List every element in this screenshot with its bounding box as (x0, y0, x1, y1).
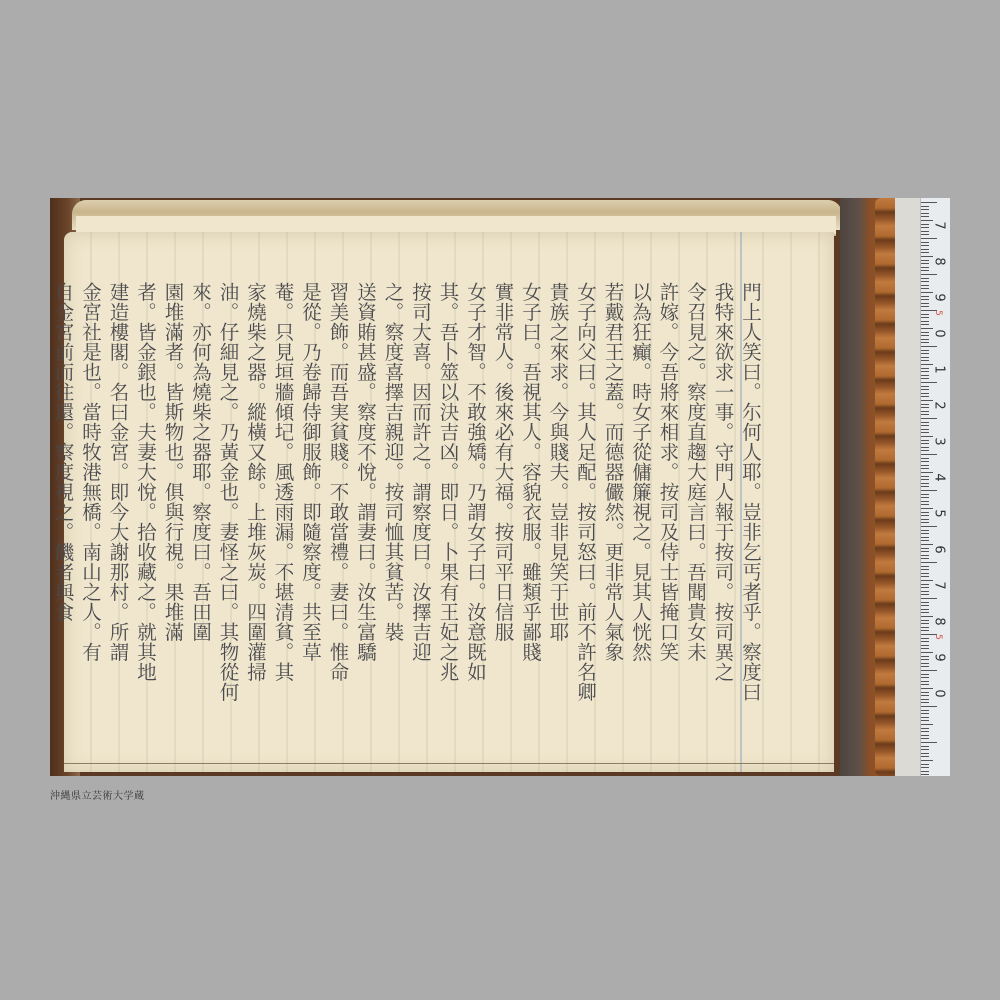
ruler-tick (921, 213, 929, 214)
text-column: 送資賄甚盛。察度不悅。謂妻曰。汝生富驕 (352, 282, 380, 762)
ruler-tick (921, 450, 929, 451)
ruler-tick (921, 486, 929, 487)
ruler-tick (921, 530, 929, 531)
ruler-tick (921, 735, 929, 736)
ruler-tick (921, 540, 929, 541)
background-strip (895, 198, 920, 776)
ruler-tick (921, 677, 929, 678)
ruler-tick (921, 317, 929, 318)
ruler-tick (921, 332, 929, 333)
ruler-tick (921, 731, 929, 732)
ruler-tick (921, 674, 929, 675)
ruler-tick (921, 393, 929, 394)
ruler-tick (921, 522, 929, 523)
ruler-label: 8 (932, 257, 947, 265)
ruler-label: 9 (932, 293, 947, 301)
ruler-tick (921, 278, 929, 279)
ruler-tick (921, 641, 929, 642)
text-column: 門上人笑曰。尓何人耶。豈非乞丐者乎。察度曰 (737, 282, 765, 762)
ruler-tick (921, 350, 929, 351)
text-column: 習美飾。而吾実貧賤。不敢當禮。妻曰。惟命 (324, 282, 352, 762)
ruler-tick (921, 774, 929, 775)
ruler-tick (921, 285, 929, 286)
ruler-tick (921, 756, 929, 757)
ruler-tick (921, 710, 929, 711)
ruler-tick (921, 263, 929, 264)
ruler-tick (921, 267, 929, 268)
text-column: 女子才智。不敢強矯。乃謂女子曰。汝意既如 (462, 282, 490, 762)
ruler-tick (921, 252, 929, 253)
text-column: 來。亦何為燒柴之器耶。察度曰。吾田圍 (187, 282, 215, 762)
manuscript-page: 門上人笑曰。尓何人耶。豈非乞丐者乎。察度曰 我特來欲求一事。守門人報于按司。按司… (64, 232, 834, 772)
ruler-tick (921, 699, 929, 700)
ruler-tick (921, 681, 929, 682)
ruler-tick (921, 713, 929, 714)
ruler-label: 5 (932, 509, 947, 517)
text-column: 其。吾卜筮以決吉凶。即日。卜果有王妃之兆 (434, 282, 462, 762)
ruler-tick (921, 378, 929, 379)
ruler-tick (921, 548, 929, 549)
ruler-tick (921, 353, 929, 354)
ruler-tick (921, 288, 929, 289)
ruler-label: 0 (932, 329, 947, 337)
ruler-tick (921, 454, 937, 455)
ruler-tick (921, 468, 929, 469)
ruler-tick (921, 602, 929, 603)
ruler-tick (921, 760, 933, 761)
ruler-tick (921, 465, 929, 466)
ruler-tick (921, 242, 929, 243)
manuscript-photo: 門上人笑曰。尓何人耶。豈非乞丐者乎。察度曰 我特來欲求一事。守門人報于按司。按司… (50, 198, 950, 776)
ruler-tick (921, 501, 929, 502)
handwritten-text: 門上人笑曰。尓何人耶。豈非乞丐者乎。察度曰 我特來欲求一事。守門人報于按司。按司… (50, 282, 764, 762)
ruler-label: 2 (932, 401, 947, 409)
ruler-tick (921, 630, 929, 631)
ruler-tick (921, 609, 929, 610)
ruler-tick (921, 490, 937, 491)
ruler-tick (921, 587, 929, 588)
ruler-tick (921, 404, 929, 405)
ruler-tick (921, 720, 929, 721)
ruler-tick (921, 368, 929, 369)
ruler-tick (921, 504, 929, 505)
ruler-tick (921, 429, 929, 430)
ruler-tick (921, 270, 929, 271)
ruler-tick (921, 573, 929, 574)
ruler-tick (921, 443, 929, 444)
ruler-tick (921, 706, 937, 707)
ruler-tick (921, 494, 929, 495)
ruler-tick (921, 612, 929, 613)
ruler-tick (921, 371, 929, 372)
text-column: 自金宮前而往還。察度視之。饑者與食 (50, 282, 77, 762)
text-column: 實非常人。後來必有大福。按司平日信服 (489, 282, 517, 762)
ruler-tick (921, 566, 929, 567)
ruler-tick (921, 245, 929, 246)
collection-caption: 沖縄県立芸術大学蔵 (50, 787, 145, 802)
ruler-tick (921, 407, 929, 408)
ruler-tick (921, 749, 929, 750)
ruler-tick (921, 342, 929, 343)
ruler-tick (921, 738, 929, 739)
ruler-tick (921, 432, 929, 433)
ruler-tick (921, 551, 929, 552)
text-column: 貴族之來求。今與賤夫。豈非見笑于世耶 (544, 282, 572, 762)
ruler-tick (921, 335, 929, 336)
text-column: 女子向父曰。其人足配。按司怒曰。前不許名卿 (572, 282, 600, 762)
ruler-tick (921, 422, 929, 423)
ruler-tick (921, 476, 929, 477)
text-column: 許嫁。今吾將來相求。按司及侍士皆掩口笑 (654, 282, 682, 762)
ruler-label: 9 (932, 653, 947, 661)
ruler-tick (921, 648, 929, 649)
bottom-line (64, 763, 834, 764)
ruler-tick (921, 537, 929, 538)
text-column: 我特來欲求一事。守門人報于按司。按司異之 (709, 282, 737, 762)
text-column: 之。察度喜擇吉親迎。按司恤其貧苦。裝 (379, 282, 407, 762)
ruler-tick (921, 533, 929, 534)
ruler-tick (921, 418, 937, 419)
ruler-tick (921, 321, 929, 322)
text-column: 油。仔細見之。乃黃金也。妻怪之曰。其物從何 (214, 282, 242, 762)
ruler-label: 5 (933, 634, 943, 640)
ruler-tick (921, 526, 937, 527)
ruler-tick (921, 695, 929, 696)
ruler-tick (921, 724, 933, 725)
ruler-tick (921, 605, 929, 606)
ruler-tick (921, 670, 937, 671)
ruler-tick (921, 562, 937, 563)
ruler-tick (921, 339, 929, 340)
ruler-label: 6 (932, 545, 947, 553)
ruler-tick (921, 375, 929, 376)
ruler-tick (921, 638, 929, 639)
ruler-tick (921, 414, 929, 415)
text-column: 菴。只見垣牆傾圮。風透雨漏。不堪清貧。其 (269, 282, 297, 762)
ruler-tick (921, 598, 937, 599)
text-column: 女子曰。吾視其人。容貌衣服。雖類乎鄙賤 (517, 282, 545, 762)
ruler-tick (921, 692, 929, 693)
ruler-tick (921, 461, 929, 462)
ruler-tick (921, 627, 929, 628)
ruler-tick (921, 576, 929, 577)
ruler-tick (921, 357, 929, 358)
ruler-tick (921, 249, 929, 250)
ruler-tick (921, 209, 929, 210)
ruler-tick (921, 753, 929, 754)
ruler-tick (921, 346, 937, 347)
ruler-tick (921, 389, 929, 390)
ruler-label: 8 (932, 617, 947, 625)
ruler-tick (921, 231, 929, 232)
ruler-tick (921, 260, 929, 261)
ruler-tick (921, 234, 929, 235)
measuring-ruler: 7895012345678590 (920, 198, 950, 776)
ruler-tick (921, 620, 929, 621)
ruler-label: 4 (932, 473, 947, 481)
ruler-tick (921, 382, 937, 383)
text-column: 是從。乃卷歸侍御服飾。即隨察度。共至草 (297, 282, 325, 762)
ruler-tick (921, 396, 929, 397)
ruler-tick (921, 519, 929, 520)
ruler-tick (921, 515, 929, 516)
ruler-tick (921, 281, 929, 282)
ruler-tick (921, 663, 929, 664)
ruler-tick (921, 767, 929, 768)
ruler-tick (921, 623, 929, 624)
ruler-tick (921, 360, 929, 361)
ruler-tick (921, 224, 929, 225)
ruler-label: 5 (933, 310, 943, 316)
ruler-tick (921, 656, 929, 657)
ruler-label: 0 (932, 689, 947, 697)
ruler-tick (921, 202, 937, 203)
ruler-tick (921, 771, 929, 772)
ruler-tick (921, 425, 929, 426)
ruler-label: 3 (932, 437, 947, 445)
text-column: 家燒柴之器。縱橫又餘。上堆灰炭。四圍灌掃 (242, 282, 270, 762)
ruler-tick (921, 746, 929, 747)
ruler-tick (921, 659, 929, 660)
ruler-tick (921, 594, 929, 595)
ruler-label: 7 (932, 581, 947, 589)
ruler-tick (921, 227, 929, 228)
ruler-tick (921, 512, 929, 513)
ruler-tick (921, 558, 929, 559)
ruler-tick (921, 411, 929, 412)
ruler-tick (921, 742, 937, 743)
ruler-tick (921, 483, 929, 484)
ruler-tick (921, 386, 929, 387)
ruler-tick (921, 591, 929, 592)
ruler-tick (921, 206, 929, 207)
text-column: 者。皆金銀也。夫妻大悅。拾收藏之。就其地 (132, 282, 160, 762)
ruler-tick (921, 314, 929, 315)
ruler-tick (921, 702, 929, 703)
ruler-tick (921, 306, 929, 307)
text-column: 令召見之。察度直趨大庭言曰。吾聞貴女未 (682, 282, 710, 762)
ruler-tick (921, 440, 929, 441)
ruler-tick (921, 764, 929, 765)
ruler-tick (921, 296, 929, 297)
text-column: 金宮社是也。當時牧港無橋。南山之人。有 (77, 282, 105, 762)
ruler-tick (921, 458, 929, 459)
ruler-tick (921, 728, 929, 729)
ruler-tick (921, 274, 937, 275)
text-column: 按司大喜。因而許之。謂察度曰。汝擇吉迎 (407, 282, 435, 762)
ruler-tick (921, 555, 929, 556)
ruler-tick (921, 666, 929, 667)
text-column: 若戴君王之蓋。而德器儼然。更非常人氣象 (599, 282, 627, 762)
ruler-label: 1 (932, 365, 947, 373)
text-column: 建造樓閣。名曰金宮。即今大謝那村。所謂 (104, 282, 132, 762)
ruler-tick (921, 479, 929, 480)
ruler-tick (921, 238, 937, 239)
ruler-tick (921, 324, 929, 325)
ruler-tick (921, 717, 929, 718)
text-column: 以為狂癲。時女子從傭簾視之。見其人恍然 (627, 282, 655, 762)
ruler-tick (921, 584, 929, 585)
text-column: 園堆滿者。皆斯物也。俱與行視。果堆滿 (159, 282, 187, 762)
ruler-tick (921, 645, 929, 646)
ruler-tick (921, 447, 929, 448)
ruler-tick (921, 216, 929, 217)
ruler-tick (921, 684, 929, 685)
ruler-label: 7 (932, 221, 947, 229)
ruler-tick (921, 303, 929, 304)
ruler-tick (921, 569, 929, 570)
ruler-tick (921, 497, 929, 498)
ruler-tick (921, 299, 929, 300)
